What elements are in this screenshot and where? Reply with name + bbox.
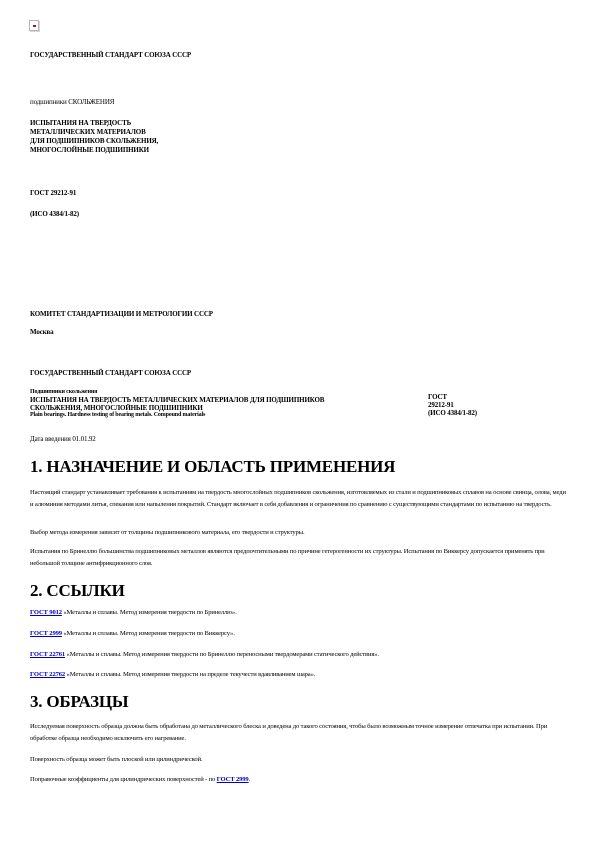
- cover-category: подшипники СКОЛЬЖЕНИЯ: [30, 98, 114, 107]
- cover-title-line: ИСПЫТАНИЯ НА ТВЕРДОСТЬ: [30, 119, 158, 128]
- section-1-paragraph: Настоящий стандарт устанавливает требова…: [30, 487, 570, 510]
- reference-item: ГОСТ 2999 «Металлы и сплавы. Метод измер…: [30, 629, 235, 638]
- cover-state-standard: ГОСУДАРСТВЕННЫЙ СТАНДАРТ СОЮЗА СССР: [30, 51, 191, 60]
- section-3-last-prefix: Поправочные коэффициенты для цилиндричес…: [30, 776, 217, 783]
- cover-category-text: подшипники СКОЛЬЖЕНИЯ: [30, 98, 114, 106]
- section-3-last-suffix: .: [249, 776, 251, 783]
- intro-date: Дата введения 01.01.92: [30, 435, 96, 444]
- section-1-paragraph: Испытания по Бринеллю большинства подшип…: [30, 546, 570, 569]
- header-state-standard: ГОСУДАРСТВЕННЫЙ СТАНДАРТ СОЮЗА СССР: [30, 369, 191, 378]
- reference-item: ГОСТ 22761 «Металлы и сплавы. Метод изме…: [30, 650, 379, 659]
- cover-title-line: ДЛЯ ПОДШИПНИКОВ СКОЛЬЖЕНИЯ,: [30, 137, 158, 146]
- section-3-paragraph: Исследуемая поверхность образца должна б…: [30, 721, 570, 744]
- reference-link-gost-9012[interactable]: ГОСТ 9012: [30, 609, 62, 616]
- reference-text: «Металлы и сплавы. Метод измерения тверд…: [65, 651, 379, 658]
- reference-link-gost-22762[interactable]: ГОСТ 22762: [30, 671, 65, 678]
- header-english-title: Plain bearings. Hardness testing of bear…: [30, 412, 420, 419]
- header-subtitle: Подшипники скольжения: [30, 389, 420, 396]
- cover-title: ИСПЫТАНИЯ НА ТВЕРДОСТЬ МЕТАЛЛИЧЕСКИХ МАТ…: [30, 119, 158, 155]
- reference-text: «Металлы и сплавы. Метод измерения тверд…: [65, 671, 315, 678]
- header-title-block: Подшипники скольжения ИСПЫТАНИЯ НА ТВЕРД…: [30, 389, 420, 419]
- section-2-heading: 2. ССЫЛКИ: [30, 581, 125, 601]
- header-right-number: 29212-91: [428, 401, 477, 409]
- cover-title-line: МЕТАЛЛИЧЕСКИХ МАТЕРИАЛОВ: [30, 128, 158, 137]
- reference-text: «Металлы и сплавы. Метод измерения тверд…: [62, 630, 235, 637]
- reference-item: ГОСТ 22762 «Металлы и сплавы. Метод изме…: [30, 670, 315, 679]
- header-right-designation: ГОСТ 29212-91 (ИСО 4384/1-82): [428, 393, 477, 417]
- section-3-heading: 3. ОБРАЗЦЫ: [30, 692, 128, 712]
- reference-link-gost-22761[interactable]: ГОСТ 22761: [30, 651, 65, 658]
- reference-item: ГОСТ 9012 «Металлы и сплавы. Метод измер…: [30, 608, 237, 617]
- reference-text: «Металлы и сплавы. Метод измерения тверд…: [62, 609, 237, 616]
- cover-gost-number: ГОСТ 29212-91: [30, 189, 76, 198]
- cover-title-line: МНОГОСЛОЙНЫЕ ПОДШИПНИКИ: [30, 146, 158, 155]
- section-1-heading: 1. НАЗНАЧЕНИЕ И ОБЛАСТЬ ПРИМЕНЕНИЯ: [30, 457, 395, 477]
- header-title-line: СКОЛЬЖЕНИЯ, МНОГОСЛОЙНЫЕ ПОДШИПНИКИ: [30, 404, 420, 412]
- cover-committee: КОМИТЕТ СТАНДАРТИЗАЦИИ И МЕТРОЛОГИИ СССР: [30, 310, 213, 319]
- header-right-iso: (ИСО 4384/1-82): [428, 409, 477, 417]
- section-1-paragraph: Выбор метода измерения зависит от толщин…: [30, 527, 570, 539]
- reference-link-gost-2999-inline[interactable]: ГОСТ 2999: [217, 776, 249, 783]
- header-right-gost: ГОСТ: [428, 393, 477, 401]
- header-title-line: ИСПЫТАНИЯ НА ТВЕРДОСТЬ МЕТАЛЛИЧЕСКИХ МАТ…: [30, 396, 420, 404]
- section-3-paragraph: Поверхность образца может быть плоской и…: [30, 754, 570, 766]
- reference-link-gost-2999[interactable]: ГОСТ 2999: [30, 630, 62, 637]
- section-3-paragraph: Поправочные коэффициенты для цилиндричес…: [30, 774, 570, 786]
- cover-iso-number: (ИСО 4384/1-82): [30, 210, 79, 219]
- cover-city: Москва: [30, 328, 54, 337]
- broken-image-icon: [29, 20, 39, 31]
